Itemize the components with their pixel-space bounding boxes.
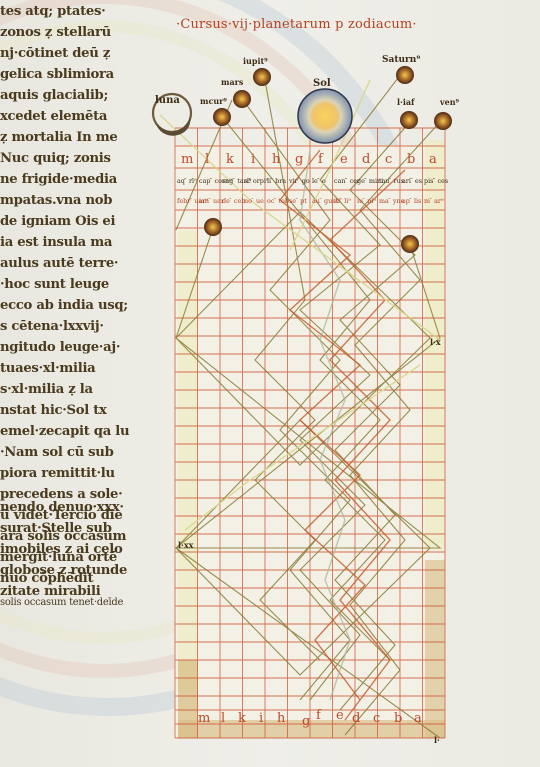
column-letter: b [394,711,402,726]
sign-cell: aq ̄ rī⁹ [177,177,197,185]
side-mark-right: l·x [430,337,441,347]
sign-cell: li ̄ bra [267,177,286,185]
planet-marker-right [401,235,419,253]
column-letter: e [340,152,348,167]
planet-sol: Sol [298,78,352,143]
planet-luna-f: l·iaf [397,97,418,129]
text-line: solis occasum tenet·deīde [0,597,123,608]
sign-cell: le ̄ o [312,177,326,185]
planet-marker-left [204,218,222,236]
column-letter: m [198,711,210,726]
ochre-wash-bottom [178,720,445,738]
text-line: nendo denuo·xxx· [0,500,124,515]
text-line: globose ẓ rotunde [0,563,127,578]
column-letter: g [295,152,303,167]
planet-venus: ven⁹ [434,97,460,130]
text-line: surat·Stelle sub [0,521,112,536]
planet-label-luna: luna [155,95,180,106]
column-letter: d [352,711,360,726]
planet-luna: luna [153,94,191,136]
month-cell: iu ̄ li⁹ [334,197,351,205]
month-cell: se ̄ pt [289,197,307,205]
month-cell: m ̄ ar⁹ [424,197,444,205]
sign-cell: tau ̄ rus [379,177,404,185]
planet-label-saturnus: Saturn⁹ [382,55,420,65]
planet-mercurius: mcur⁹ [200,96,231,126]
column-letter: h [272,152,281,167]
column-letter: l [205,152,209,167]
text-line: imobiles ẓ ai celo [0,542,122,557]
side-mark-left: l·xx [178,540,194,550]
planet-label-jupiter: iupit⁹ [243,56,268,66]
planet-label-luna-f: l·iaf [397,97,415,107]
month-cell: ap ̄ lis [402,197,421,205]
month-cell: de ̄ ceb [222,197,245,205]
planet-label-mercurius: mcur⁹ [200,96,227,106]
column-letter: i [251,152,255,167]
column-letter: k [238,711,246,726]
column-letter: d [362,152,370,167]
column-letter: i [259,711,263,726]
manuscript-page: ·Cursus·vij·planetarum p zodiacum· tes a… [0,0,540,767]
month-cell: oc ̄ tob [267,197,289,205]
column-letter: k [226,152,234,167]
column-letter: a [414,711,422,726]
column-letter: h [277,711,286,726]
column-letter: a [429,152,437,167]
column-letter: l [221,711,225,726]
sign-cell: sc̄ orpi⁹ [244,177,269,185]
column-letter: m [181,152,193,167]
planet-label-sol: Sol [313,78,331,89]
planet-saturnus: Saturn⁹ [382,55,420,84]
yellow-wash-left [178,230,198,690]
month-cell: ma ̄ yne [379,197,405,205]
month-cell: no ̄ ue [244,197,264,205]
planet-label-mars: mars [221,77,244,87]
column-letter: c [373,711,380,726]
sign-cell: vir ̄ go [288,177,310,185]
sign-cell: ari ̄ es [402,177,422,185]
column-letter: e [336,708,344,723]
planet-label-venus: ven⁹ [439,97,460,107]
sign-cell: pis ̄ ces [424,177,448,185]
column-letter: g [302,714,310,729]
zodiac-signs-row: aq ̄ rī⁹ cap ̄ corn⁹ sag ̄ tari⁹ sc̄ orp… [177,177,448,185]
planet-jupiter: iupit⁹ [243,56,271,86]
month-cell: iu ̄ ni⁹ [357,197,376,205]
column-letter: b [407,152,415,167]
side-mark-bottom: l· [434,735,440,745]
ochre-wash-right [425,560,445,738]
column-letter: c [385,152,392,167]
planetary-courses-diagram: luna mcur⁹ mars iupit⁹ Sol Saturn⁹ l·iaf [0,0,540,767]
